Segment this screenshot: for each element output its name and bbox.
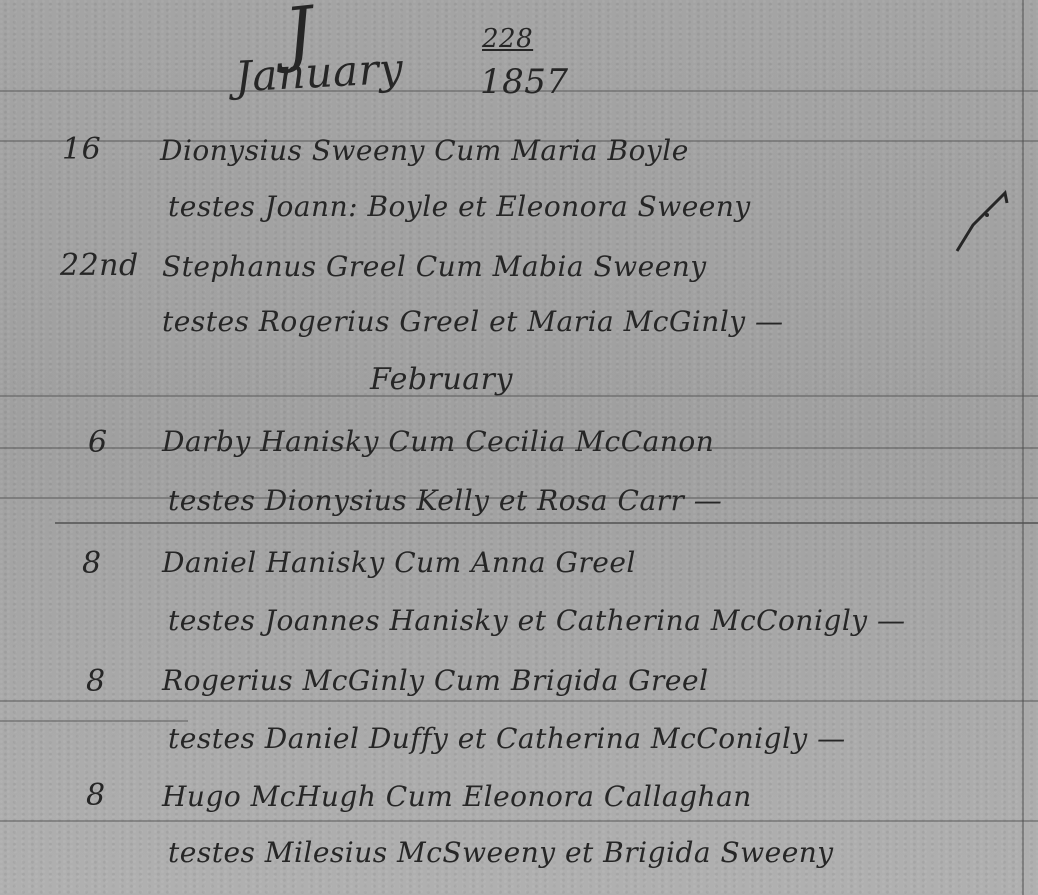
- marriage-line: Rogerius McGinly Cum Brigida Greel: [162, 664, 709, 697]
- ruled-line: [55, 522, 1038, 524]
- marriage-line: Dionysius Sweeny Cum Maria Boyle: [160, 134, 689, 167]
- witness-line: testes Joann: Boyle et Eleonora Sweeny: [168, 190, 751, 223]
- ruled-line: [0, 700, 1038, 702]
- ruled-line: [0, 820, 1038, 822]
- entry-date: 6: [88, 425, 108, 460]
- margin-line: [1022, 0, 1024, 895]
- marriage-line: Stephanus Greel Cum Mabia Sweeny: [162, 250, 707, 283]
- witness-line: testes Joannes Hanisky et Catherina McCo…: [168, 604, 906, 637]
- entry-date: 8: [82, 546, 102, 581]
- entry-date: 16: [62, 132, 101, 167]
- witness-line: testes Daniel Duffy et Catherina McConig…: [168, 722, 846, 755]
- checkmark-icon: [955, 185, 1015, 255]
- witness-line: testes Milesius McSweeny et Brigida Swee…: [168, 836, 834, 869]
- register-page: J January 228 1857 16 Dionysius Sweeny C…: [0, 0, 1038, 895]
- marriage-line: Darby Hanisky Cum Cecilia McCanon: [162, 425, 714, 458]
- witness-line: testes Rogerius Greel et Maria McGinly —: [162, 305, 784, 338]
- entry-date: 22nd: [60, 248, 139, 283]
- entry-date: 8: [86, 778, 106, 813]
- witness-line: testes Dionysius Kelly et Rosa Carr —: [168, 484, 722, 517]
- header-year: 1857: [480, 62, 569, 102]
- section-month: February: [370, 362, 513, 397]
- entry-date: 8: [86, 664, 106, 699]
- header-month: January: [234, 44, 405, 102]
- ruled-line: [0, 720, 188, 722]
- marriage-line: Daniel Hanisky Cum Anna Greel: [162, 546, 636, 579]
- marriage-line: Hugo McHugh Cum Eleonora Callaghan: [162, 780, 752, 813]
- page-number: 228: [482, 24, 533, 54]
- ruled-line: [0, 395, 1038, 397]
